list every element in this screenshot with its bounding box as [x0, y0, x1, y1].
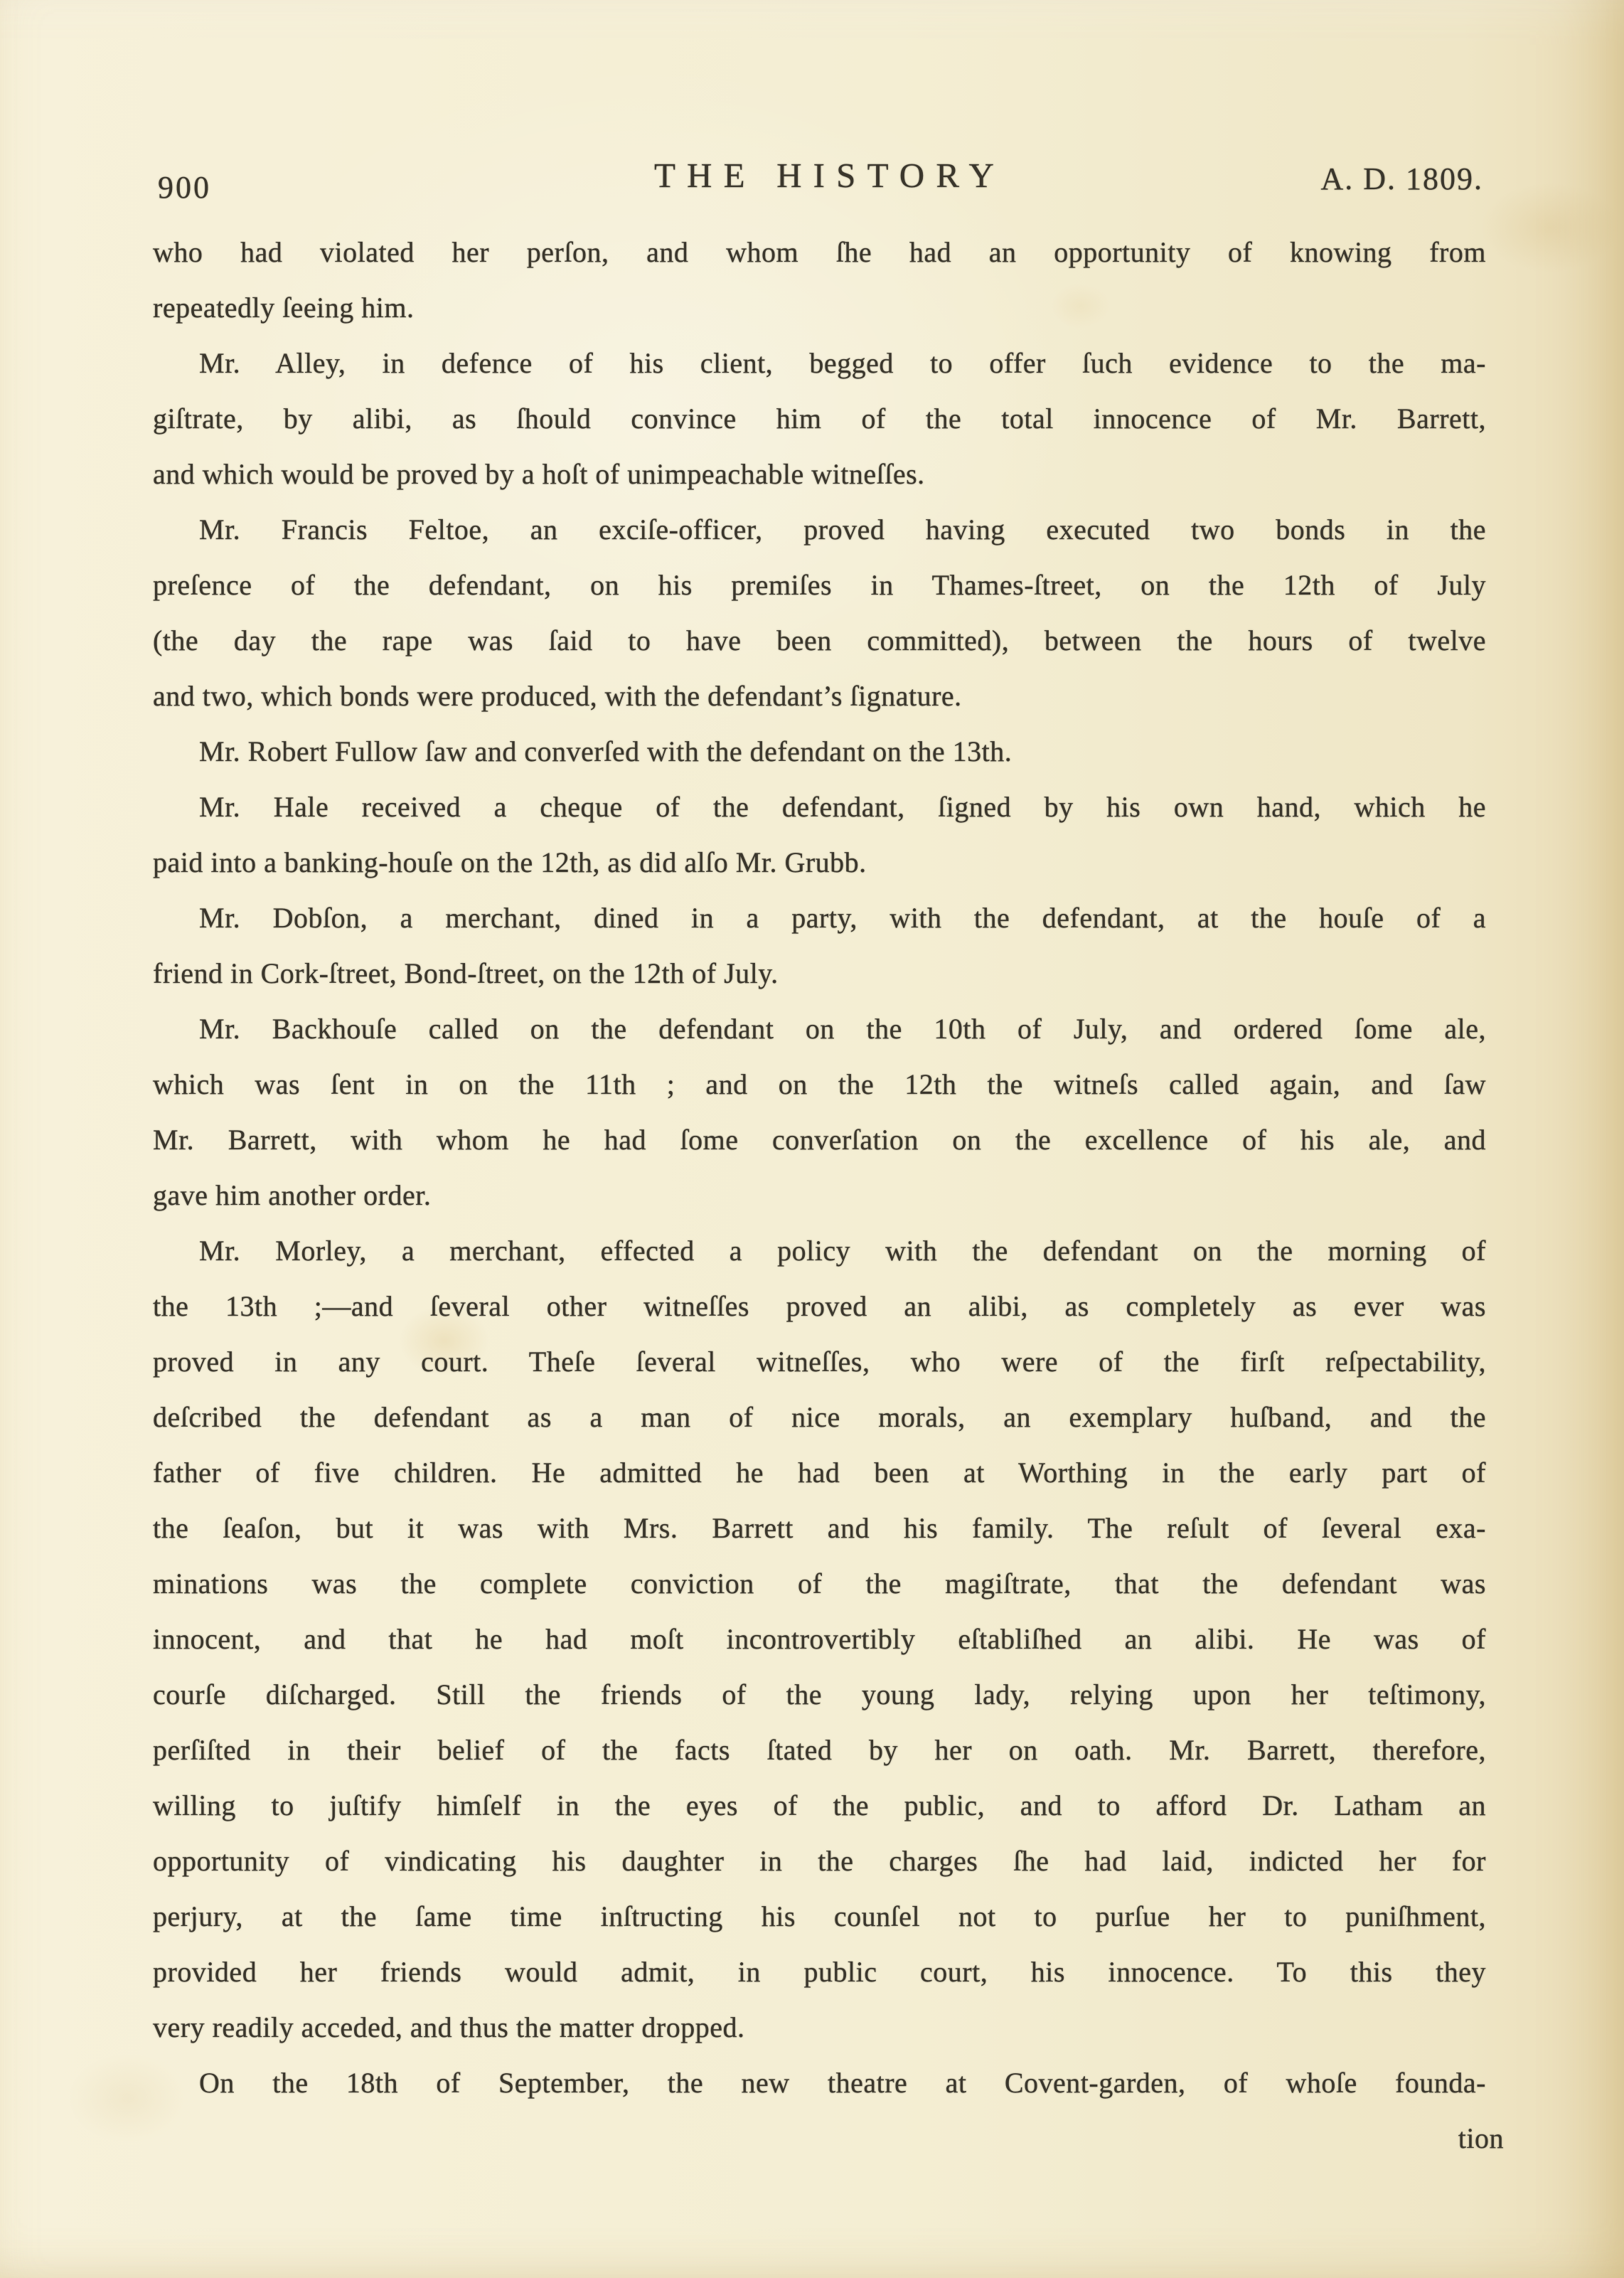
page-number: 900 — [158, 169, 211, 206]
text-line: deſcribed the defendant as a man of nice… — [153, 1390, 1486, 1445]
text-line: courſe diſcharged. Still the friends of … — [153, 1667, 1486, 1723]
text-line: Mr. Robert Fullow ſaw and converſed with… — [153, 724, 1486, 779]
text-line: Mr. Hale received a cheque of the defend… — [153, 779, 1486, 835]
text-line: Mr. Francis Feltoe, an exciſe-officer, p… — [153, 502, 1486, 558]
paragraph: Mr. Hale received a cheque of the defend… — [153, 779, 1486, 890]
text-line: very readily acceded, and thus the matte… — [153, 2000, 1486, 2055]
text-line: Mr. Barrett, with whom he had ſome conve… — [153, 1112, 1486, 1168]
text-line: (the day the rape was ſaid to have been … — [153, 613, 1486, 669]
text-line: and two, which bonds were produced, with… — [153, 669, 1486, 724]
running-title: THE HISTORY — [654, 155, 1005, 196]
text-line: preſence of the defendant, on his premiſ… — [153, 558, 1486, 613]
text-line: giſtrate, by alibi, as ſhould convince h… — [153, 391, 1486, 447]
text-line: Mr. Backhouſe called on the defendant on… — [153, 1001, 1486, 1057]
paragraph: On the 18th of September, the new theatr… — [153, 2055, 1486, 2111]
text-line: repeatedly ſeeing him. — [153, 280, 1486, 336]
paragraph: Mr. Morley, a merchant, effected a polic… — [153, 1223, 1486, 2055]
text-line: willing to juſtify himſelf in the eyes o… — [153, 1778, 1486, 1833]
book-page-scan: 900 THE HISTORY A. D. 1809. who had viol… — [0, 0, 1624, 2278]
text-line: and which would be proved by a hoſt of u… — [153, 447, 1486, 502]
text-line: innocent, and that he had moſt incontrov… — [153, 1612, 1486, 1667]
text-line: minations was the complete conviction of… — [153, 1556, 1486, 1612]
text-line: provided her friends would admit, in pub… — [153, 1944, 1486, 2000]
year-label: A. D. 1809. — [1320, 161, 1483, 197]
paragraph: Mr. Robert Fullow ſaw and converſed with… — [153, 724, 1486, 779]
text-line: the ſeaſon, but it was with Mrs. Barrett… — [153, 1501, 1486, 1556]
text-line: proved in any court. Theſe ſeveral witne… — [153, 1334, 1486, 1390]
paragraph: who had violated her perſon, and whom ſh… — [153, 225, 1486, 336]
text-line: opportunity of vindicating his daughter … — [153, 1833, 1486, 1889]
text-line: Mr. Alley, in defence of his client, beg… — [153, 336, 1486, 391]
text-block: who had violated her perſon, and whom ſh… — [153, 225, 1486, 2166]
text-line: Mr. Dobſon, a merchant, dined in a party… — [153, 890, 1486, 946]
text-line: which was ſent in on the 11th ; and on t… — [153, 1057, 1486, 1112]
text-line: perſiſted in their belief of the facts ſ… — [153, 1723, 1486, 1778]
text-line: gave him another order. — [153, 1168, 1486, 1223]
text-line: perjury, at the ſame time inſtructing hi… — [153, 1889, 1486, 1944]
text-line: On the 18th of September, the new theatr… — [153, 2055, 1486, 2111]
paragraph: Mr. Alley, in defence of his client, beg… — [153, 336, 1486, 502]
text-line: friend in Cork-ſtreet, Bond-ſtreet, on t… — [153, 946, 1486, 1001]
text-line: Mr. Morley, a merchant, effected a polic… — [153, 1223, 1486, 1279]
paragraph: Mr. Francis Feltoe, an exciſe-officer, p… — [153, 502, 1486, 724]
paragraph: Mr. Dobſon, a merchant, dined in a party… — [153, 890, 1486, 1001]
text-line: who had violated her perſon, and whom ſh… — [153, 225, 1486, 280]
paragraph: Mr. Backhouſe called on the defendant on… — [153, 1001, 1486, 1223]
text-line: paid into a banking-houſe on the 12th, a… — [153, 835, 1486, 890]
catchword: tion — [153, 2111, 1504, 2166]
text-line: the 13th ;—and ſeveral other witneſſes p… — [153, 1279, 1486, 1334]
text-line: father of five children. He admitted he … — [153, 1445, 1486, 1501]
